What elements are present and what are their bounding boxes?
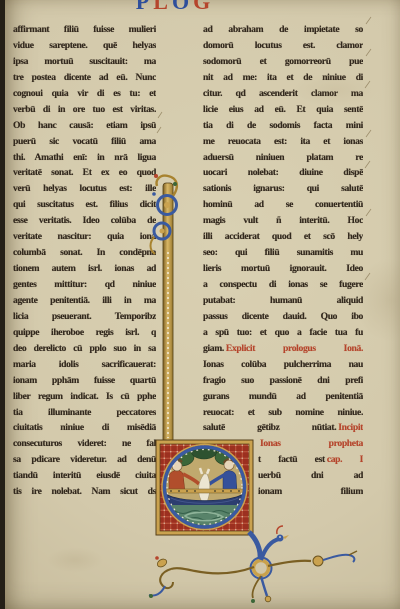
rubric-text: Incipit xyxy=(338,422,363,433)
text-line: qui suscitatus est. filius dicit xyxy=(13,197,156,213)
text-line: esse veritatis. Ideo colūba de xyxy=(13,213,156,229)
rubric-text: Ionas propheta xyxy=(260,438,363,449)
text-line: gentes mittitur: qd niniue xyxy=(13,277,156,293)
text-line: ciuitatis niniue di misēdiā xyxy=(13,420,156,436)
text-line: tia di de sodomis facta mini xyxy=(203,118,363,134)
text-line: maria idolis sacrificauerat: xyxy=(13,357,156,373)
text-line: ionam pphām fuisse quartū xyxy=(13,373,156,389)
text-line: ipsa mortuū suscitauit: ma xyxy=(13,54,156,70)
text-line: giam.Explicit prologus Ionā. xyxy=(203,341,363,357)
text-line: sationis ignarus: qui salutē xyxy=(203,181,363,197)
text-line: nit ad me: ita et de niniue di xyxy=(203,70,363,86)
text-line: veritate nascitur: quia iona xyxy=(13,229,156,245)
running-title-letter: P xyxy=(136,0,149,13)
text-line: uocari nolebat: diuine dispē xyxy=(203,165,363,181)
text-line: citur. qd ascenderit clamor ma xyxy=(203,86,363,102)
text-line: licie eius ad eū. Et quia sentē xyxy=(203,102,363,118)
text-line: cognoui quia vir di es tu: et xyxy=(13,86,156,102)
text-line: verbū di in ore tuo est viritas. xyxy=(13,102,156,118)
tail-flourish xyxy=(149,526,357,603)
text-line: putabat: humanū aliquid xyxy=(203,293,363,309)
text-line: columbā sonat. In condēpna xyxy=(13,245,156,261)
text-line: t factū estcap. I xyxy=(203,452,363,468)
text-line: a conspectu di ionas se fugere xyxy=(203,277,363,293)
text-line: Ionas colūba pulcherrima nau xyxy=(203,357,363,373)
text-line: quippe iheroboe regis isrl. q xyxy=(13,325,156,341)
text-line: tis ire nolebat. Nam sicut ds xyxy=(13,484,156,500)
text-line: liber regum indicat. Is cū pphe xyxy=(13,389,156,405)
text-line: puerū sic vocatū filiū ama xyxy=(13,134,156,150)
text-line: deo derelicto cū pplo suo in sa xyxy=(13,341,156,357)
text-line: consecuturos videret: ne fal xyxy=(13,436,156,452)
running-title: PLOG xyxy=(117,0,229,13)
text-line: vidue sareptene. quē helyas xyxy=(13,38,156,54)
text-line: lieris mortuū ignorauit. Ideo xyxy=(203,261,363,277)
running-title-letter: L xyxy=(153,0,168,13)
text-line: aduersū niniuen platam re xyxy=(203,150,363,166)
text-line: tionem autem isrl. ionas ad xyxy=(13,261,156,277)
text-line: domorū locutus est. clamor xyxy=(203,38,363,54)
text-line: hominū ad se conuertentiū xyxy=(203,197,363,213)
text-line: passus dicente dauid. Quo ibo xyxy=(203,309,363,325)
text-line: tia illuminante peccatores xyxy=(13,405,156,421)
text-line: illi acciderat quod et scō hely xyxy=(203,229,363,245)
text-line: tiandū interitū eiusdē ciuita xyxy=(13,468,156,484)
right-text-column: ad abraham de impietate sodomorū locutus… xyxy=(203,22,363,500)
text-line: seo: qui filiū sunamitis mu xyxy=(203,245,363,261)
text-line: agente penitentiā. illi in ma xyxy=(13,293,156,309)
parchment-page: PLOG affirmant filiū fuisse mulierividue… xyxy=(5,0,400,609)
text-line: me reuocata est: ita et ionas xyxy=(203,134,363,150)
text-line: Ionas propheta xyxy=(203,436,363,452)
text-line: affirmant filiū fuisse mulieri xyxy=(13,22,156,38)
text-line: ionam filium xyxy=(203,484,363,500)
text-line: sodomorū et gomorreorū pue xyxy=(203,54,363,70)
running-title-letter: G xyxy=(193,0,210,13)
text-line: tre postea dicente ad eū. Nunc xyxy=(13,70,156,86)
text-line: licia pseuerant. Temporibz xyxy=(13,309,156,325)
rubric-text: cap. I xyxy=(327,454,363,465)
text-line: reuocat: et sub nomine niniue. xyxy=(203,405,363,421)
text-line: sa pdicare videretur. ad denū xyxy=(13,452,156,468)
column-divider-bar xyxy=(163,183,173,444)
text-line: magis vult ñ interitū. Hoc xyxy=(203,213,363,229)
fish xyxy=(185,512,223,520)
text-line: verū helyas locutus est: ille xyxy=(13,181,156,197)
text-line: uerbū dni ad xyxy=(203,468,363,484)
text-line: a spū tuo: et quo a facie tua fu xyxy=(203,325,363,341)
text-line: salutē gētibz nūtiat.Incipit xyxy=(203,420,363,436)
text-line: fragio suo passionē dni prefi xyxy=(203,373,363,389)
dragon-head xyxy=(261,526,289,560)
text-line: gurans mundū ad penitentiā xyxy=(203,389,363,405)
text-line: veritatē sonat. Et ex eo quod xyxy=(13,165,156,181)
left-text-column: affirmant filiū fuisse mulierividue sare… xyxy=(13,22,156,500)
text-line: Ob hanc causā: etiam ipsū xyxy=(13,118,156,134)
rubric-text: Explicit prologus Ionā. xyxy=(226,343,363,354)
text-line: thi. Amathi enī: in nrā ligua xyxy=(13,150,156,166)
running-title-letter: O xyxy=(172,0,189,13)
text-line: ad abraham de impietate so xyxy=(203,22,363,38)
manuscript-page-photo: { "description": "Illuminated Vulgate ma… xyxy=(0,0,400,609)
